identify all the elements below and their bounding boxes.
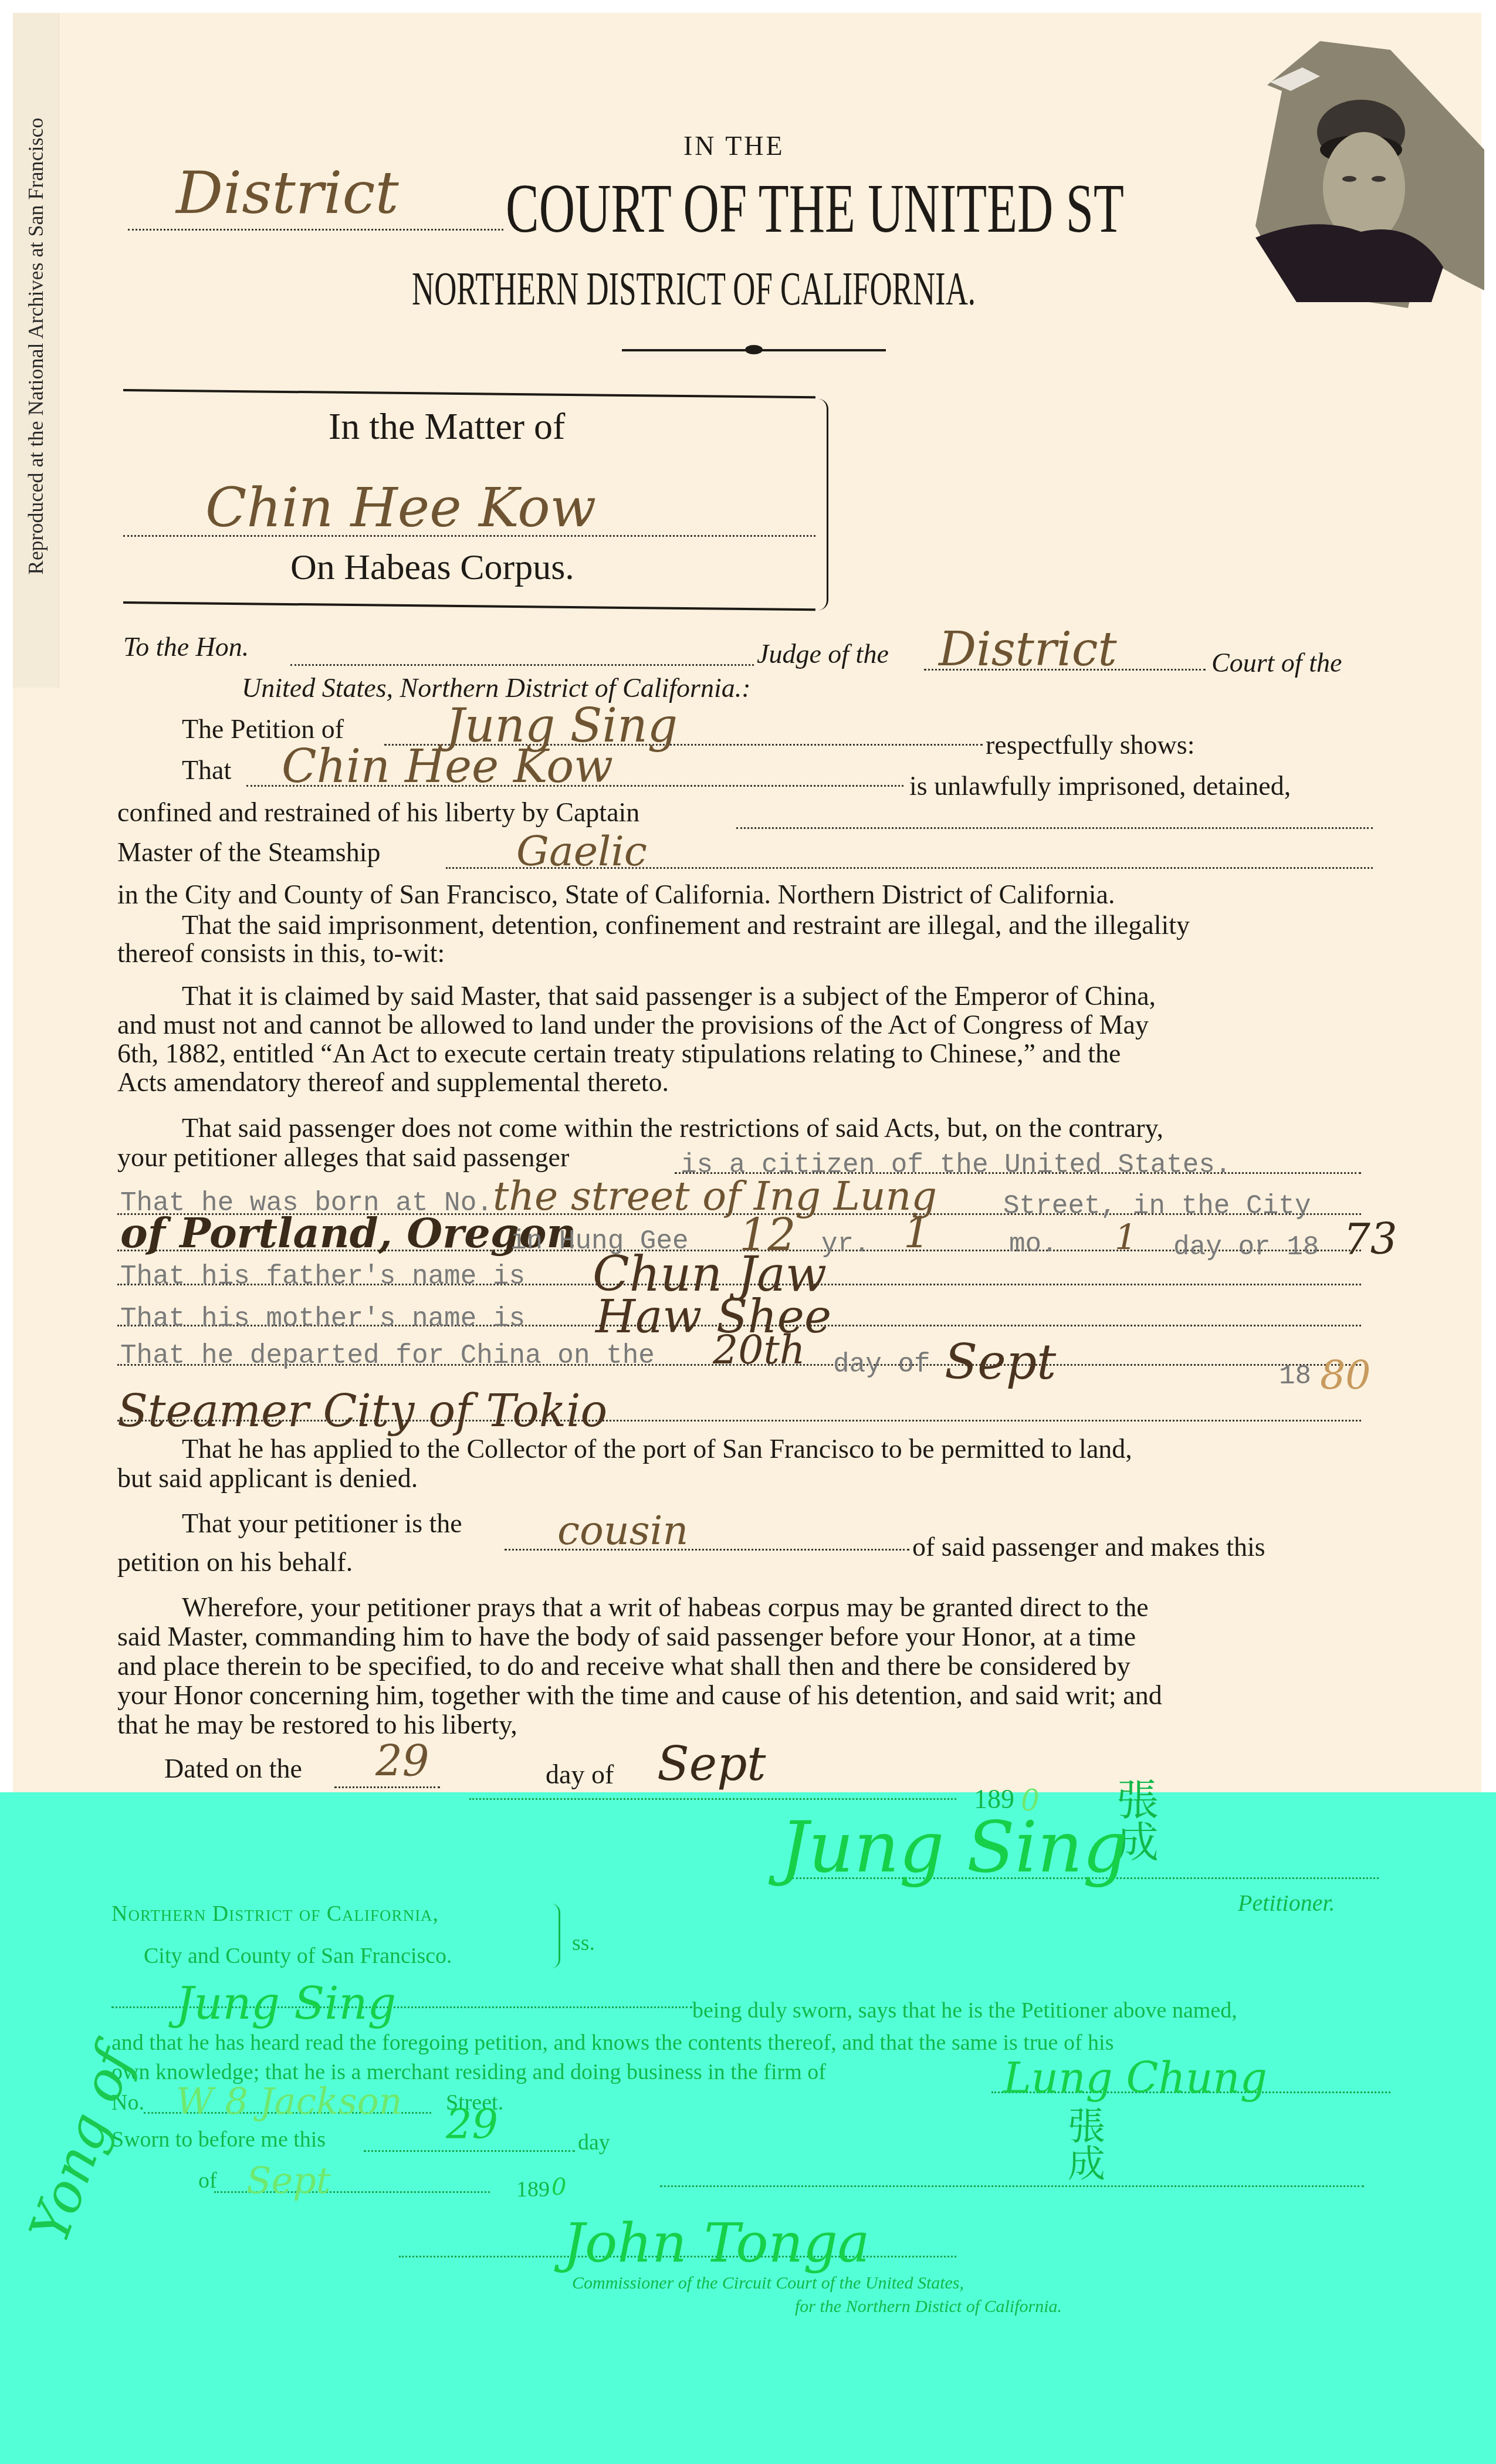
para-applied-1: That he has applied to the Collector of … [182, 1434, 1132, 1464]
caption-on-habeas: On Habeas Corpus. [290, 547, 574, 588]
of-said-passenger: of said passenger and makes this [912, 1532, 1265, 1562]
sworn-of-label: of [198, 2168, 217, 2194]
day-handwritten: 1 [1115, 1217, 1137, 1258]
commissioner-title-1: Commissioner of the Circuit Court of the… [572, 2273, 964, 2293]
petitioner-is-the: That your petitioner is the [182, 1509, 462, 1538]
unlawfully-text: is unlawfully imprisoned, detained, [909, 771, 1291, 801]
relation-handwritten: cousin [557, 1508, 688, 1554]
ss-label: ss. [572, 1930, 595, 1956]
being-duly-sworn: being duly sworn, says that he is the Pe… [692, 1998, 1237, 2023]
typed-18: 18 [1279, 1361, 1311, 1392]
verification-line2: and that he has heard read the foregoing… [111, 2030, 1113, 2056]
firm-handwritten: Lung Chung [1003, 2053, 1267, 2103]
departed-month-handwritten: Sept [945, 1335, 1056, 1390]
district-heading: NORTHERN DISTRICT OF CALIFORNIA. [412, 263, 976, 316]
vessel-handwritten: Steamer City of Tokio [117, 1385, 607, 1437]
wherefore-3: and place therein to be specified, to do… [117, 1651, 1131, 1681]
dated-month-line [469, 1798, 956, 1800]
judge-name-line [290, 664, 754, 666]
ornament-center [745, 345, 763, 354]
archive-stamp: Reproduced at the National Archives at S… [23, 118, 48, 575]
petitioner-label: Petitioner. [1238, 1889, 1335, 1917]
header-in-the: IN THE [683, 130, 785, 161]
para-claimed-2: and must not and cannot be allowed to la… [117, 1010, 1149, 1040]
para-illegal-1: That the said imprisonment, detention, c… [182, 911, 1190, 940]
petition-of-label: The Petition of [182, 715, 344, 744]
dated-day-handwritten: 29 [375, 1737, 429, 1786]
birth-year-handwritten: 73 [1343, 1214, 1397, 1264]
city-handwritten: of Portland, Oregon [120, 1209, 576, 1257]
typed-day-or: day or 18 [1173, 1232, 1319, 1263]
typed-mo: mo. [1009, 1229, 1058, 1260]
that-label: That [182, 756, 231, 785]
commissioner-upper-line [660, 2185, 1364, 2187]
sworn-day-label: day [578, 2130, 610, 2155]
typed-father: That his father's name is [120, 1261, 525, 1292]
typed-departed: That he departed for China on the [120, 1341, 655, 1371]
court-of-the: Court of the [1211, 648, 1342, 678]
court-type-handwritten: District [176, 158, 399, 227]
sworn-before: Sworn to before me this [111, 2127, 326, 2152]
para-claimed-4: Acts amendatory thereof and supplemental… [117, 1068, 669, 1097]
typed-mother: That his mother's name is [120, 1304, 525, 1334]
dated-on-the: Dated on the [164, 1754, 302, 1783]
para-not-within-2: your petitioner alleges that said passen… [117, 1143, 569, 1172]
typed-street-city: Street, in the City [1003, 1191, 1311, 1221]
confined-text: confined and restrained of his liberty b… [117, 798, 639, 827]
departed-year-handwritten: 80 [1320, 1352, 1371, 1399]
para-claimed-3: 6th, 1882, entitled “An Act to execute c… [117, 1039, 1121, 1068]
court-handwritten: District [939, 622, 1117, 676]
wherefore-4: your Honor concerning him, together with… [117, 1681, 1162, 1710]
caption-name-handwritten: Chin Hee Kow [205, 476, 596, 539]
sworn-189: 189 [516, 2177, 550, 2202]
captain-line [736, 827, 1373, 829]
address-handwritten: W 8 Jackson [176, 2080, 402, 2123]
wherefore-2: said Master, commanding him to have the … [117, 1622, 1136, 1651]
venue-brace [551, 1904, 560, 1968]
para-claimed-1: That it is claimed by said Master, that … [182, 981, 1156, 1011]
caption-in-the-matter: In the Matter of [329, 405, 565, 448]
portrait-photo [1244, 32, 1490, 308]
sworn-day-line [364, 2150, 575, 2152]
dated-day-of: day of [546, 1760, 614, 1789]
city-line: in the City and County of San Francisco,… [117, 880, 1115, 909]
wherefore-5: that he may be restored to his liberty, [117, 1710, 517, 1739]
judge-of-the: Judge of the [757, 639, 889, 669]
month-handwritten: 1 [903, 1209, 930, 1258]
petition-behalf: petition on his behalf. [117, 1548, 353, 1577]
typed-yr: yr. [821, 1229, 870, 1260]
departed-day-handwritten: 20th [713, 1327, 805, 1373]
dated-month-handwritten: Sept [657, 1737, 766, 1791]
para-illegal-2: thereof consists in this, to-wit: [117, 939, 445, 968]
petitioner-signature-handwritten: Jung Sing [780, 1807, 1128, 1888]
court-title: COURT OF THE UNITED ST [506, 169, 1124, 249]
steamship-handwritten: Gaelic [516, 827, 647, 875]
wherefore-1: Wherefore, your petitioner prays that a … [182, 1593, 1149, 1622]
to-the-hon: To the Hon. [123, 632, 249, 662]
affiant-handwritten: Jung Sing [176, 1977, 396, 2029]
sworn-month-handwritten: Sept [246, 2159, 331, 2202]
venue-city: City and County of San Francisco. [144, 1943, 452, 1969]
court-type-line [128, 229, 503, 231]
sworn-day-handwritten: 29 [446, 2100, 498, 2148]
dated-day-line [334, 1786, 440, 1788]
caption-brace [818, 399, 828, 610]
typed-day-of: day of [833, 1349, 930, 1380]
venue-district: Northern District of California, [111, 1901, 439, 1927]
commissioner-signature-handwritten: John Tonga [563, 2212, 870, 2275]
para-applied-2: but said applicant is denied. [117, 1464, 418, 1493]
master-of-steamship: Master of the Steamship [117, 838, 380, 867]
commissioner-chinese-signature: 張成 [1056, 2106, 1110, 2181]
commissioner-title-2: for the Northern Distict of California. [795, 2297, 1062, 2317]
detainee-handwritten: Chin Hee Kow [282, 740, 613, 793]
para-not-within-1: That said passenger does not come within… [182, 1113, 1163, 1143]
respectfully-shows: respectfully shows: [986, 730, 1194, 760]
sworn-year-handwritten: 0 [551, 2174, 566, 2201]
